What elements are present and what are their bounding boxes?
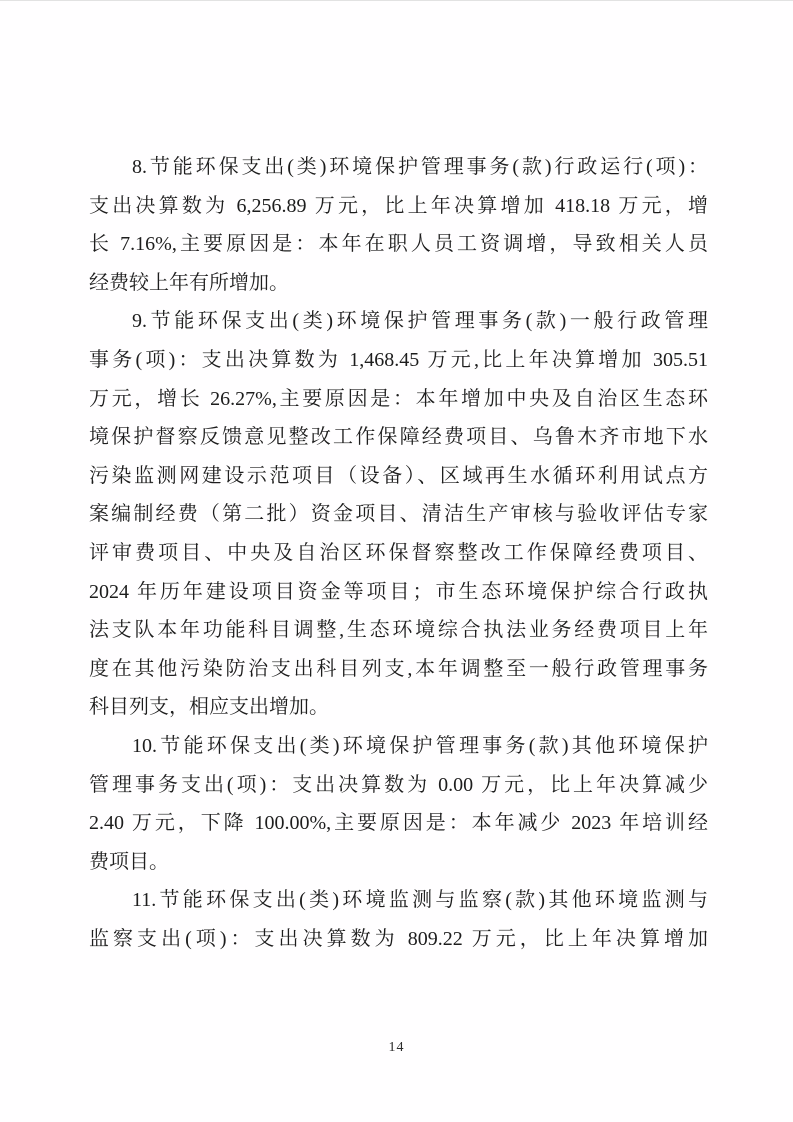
page-number: 14 [389, 1040, 405, 1055]
text-line: 管理事务支出(项)：支出决算数为 0.00 万元，比上年决算减少 [89, 766, 708, 805]
text-line: 监察支出(项)：支出决算数为 809.22 万元，比上年决算增加 [89, 920, 708, 959]
text-line: 费项目。 [89, 843, 708, 882]
text-line: 长 7.16%,主要原因是：本年在职人员工资调增，导致相关人员 [89, 225, 708, 264]
document-body: 8.节能环保支出(类)环境保护管理事务(款)行政运行(项)： 支出决算数为 6,… [89, 148, 708, 958]
text-line: 2024 年历年建设项目资金等项目；市生态环境保护综合行政执 [89, 573, 708, 612]
paragraph-item-9: 9.节能环保支出(类)环境保护管理事务(款)一般行政管理 事务(项)：支出决算数… [89, 302, 708, 727]
document-page: 8.节能环保支出(类)环境保护管理事务(款)行政运行(项)： 支出决算数为 6,… [0, 0, 793, 1122]
text-line: 8.节能环保支出(类)环境保护管理事务(款)行政运行(项)： [89, 148, 708, 187]
text-line: 9.节能环保支出(类)环境保护管理事务(款)一般行政管理 [89, 302, 708, 341]
text-line: 境保护督察反馈意见整改工作保障经费项目、乌鲁木齐市地下水 [89, 418, 708, 457]
text-line: 10.节能环保支出(类)环境保护管理事务(款)其他环境保护 [89, 727, 708, 766]
text-line: 污染监测网建设示范项目（设备）、区域再生水循环利用试点方 [89, 457, 708, 496]
text-line: 11.节能环保支出(类)环境监测与监察(款)其他环境监测与 [89, 881, 708, 920]
text-line: 事务(项)：支出决算数为 1,468.45 万元,比上年决算增加 305.51 [89, 341, 708, 380]
text-line: 度在其他污染防治支出科目列支,本年调整至一般行政管理事务 [89, 650, 708, 689]
text-line: 案编制经费（第二批）资金项目、清洁生产审核与验收评估专家 [89, 495, 708, 534]
text-line: 支出决算数为 6,256.89 万元，比上年决算增加 418.18 万元，增 [89, 187, 708, 226]
text-line: 2.40 万元，下降 100.00%,主要原因是：本年减少 2023 年培训经 [89, 804, 708, 843]
scan-edge-artifact [0, 0, 793, 1]
page-footer: 14 [0, 1038, 793, 1058]
text-line: 评审费项目、中央及自治区环保督察整改工作保障经费项目、 [89, 534, 708, 573]
paragraph-item-10: 10.节能环保支出(类)环境保护管理事务(款)其他环境保护 管理事务支出(项)：… [89, 727, 708, 881]
text-line: 法支队本年功能科目调整,生态环境综合执法业务经费项目上年 [89, 611, 708, 650]
paragraph-item-8: 8.节能环保支出(类)环境保护管理事务(款)行政运行(项)： 支出决算数为 6,… [89, 148, 708, 302]
text-line: 科目列支，相应支出增加。 [89, 688, 708, 727]
text-line: 经费较上年有所增加。 [89, 264, 708, 303]
paragraph-item-11: 11.节能环保支出(类)环境监测与监察(款)其他环境监测与 监察支出(项)：支出… [89, 881, 708, 958]
text-line: 万元，增长 26.27%,主要原因是：本年增加中央及自治区生态环 [89, 380, 708, 419]
